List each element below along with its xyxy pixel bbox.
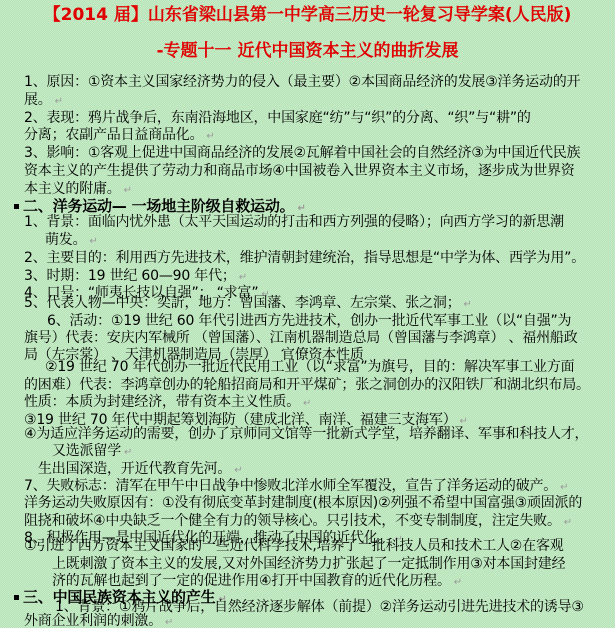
text-line: 的困难）代表：李鸿章创办的轮船招商局和开平煤矿；张之洞创办的汉阳铁厂和湖北织布局… [24, 376, 590, 394]
paragraph-mark-icon: ↵ [464, 299, 472, 310]
bullet-icon [14, 595, 19, 600]
paragraph-mark-icon: ↵ [124, 447, 132, 458]
paragraph-mark-icon: ↵ [234, 465, 242, 476]
text-line: 2、主要目的：利用西方先进技术，维护清朝封建统治，指导思想是“中学为体、西学为用… [24, 249, 585, 267]
text-line: 1、背景：面临内忧外患（太平天国运动的打击和西方列强的侵略）；向西方学习的新思潮 [24, 213, 564, 231]
document-title: 【2014 届】山东省梁山县第一中学高三历史一轮复习导学案(人民版) [0, 4, 615, 26]
text-line: 资本主义的产生提供了劳动力和商品市场④中国被卷入世界资本主义市场，逐步成为世界资 [24, 162, 575, 180]
text-line: ①引进了西方资本主义国家的一些近代科学技术,培养了一批科技人员和技术工人②在客观 [24, 537, 564, 555]
paragraph-mark-icon: ↵ [206, 131, 214, 142]
paragraph-mark-icon: ↵ [454, 577, 462, 588]
text-line: 旗号）代表：安庆内军械所 （曾国藩）、江南机器制造总局（曾国藩与李鸿章） 、福州… [24, 329, 578, 347]
paragraph-mark-icon: ↵ [303, 398, 311, 409]
text-line: 1、原因：①资本主义国家经济势力的侵入（最主要）②本国商品经济的发展③洋务运动的… [24, 73, 580, 91]
paragraph-mark-icon: ↵ [124, 185, 132, 196]
text-line: 又选派留学↵ [52, 442, 132, 462]
document-page: 【2014 届】山东省梁山县第一中学高三历史一轮复习导学案(人民版) -专题十一… [0, 0, 615, 628]
paragraph-mark-icon: ↵ [89, 236, 97, 247]
text-line: 2、表现：鸦片战争后，东南沿海地区，中国家庭“纺”与“织”的分离、“织”与“耕”… [24, 109, 531, 127]
text-line: 分离；农副产品日益商品化。↵ [24, 126, 215, 146]
text-line: 萌发。↵ [45, 231, 98, 251]
text-line: 洋务运动失败原因有：①没有彻底变革封建制度(根本原因)②列强不希望中国富强③顽固… [24, 494, 582, 512]
text-line: 上既刺激了资本主义的发展,又对外国经济势力扩张起了一定抵制作用③对本国封建经 [52, 555, 565, 573]
text-line: 5、代表人物—中央：奕訢，地方：曾国藩、李鸿章、左宗棠、张之洞；↵ [24, 294, 472, 314]
text-line: 外商企业利润的刺激。↵ [24, 612, 173, 628]
paragraph-mark-icon: ↵ [564, 517, 572, 528]
text-line: 性质：本质为封建经济，带有资本主义性质。↵ [24, 393, 311, 413]
text-line: ②19 世纪 70 年代创办一批近代民用工业（以“求富”为旗号，目的：解决军事工… [45, 358, 574, 376]
text-line: 6、活动：①19 世纪 60 年代引进西方先进技术，创办一批近代军事工业（以“自… [47, 312, 571, 330]
document-subtitle: -专题十一 近代中国资本主义的曲折发展 [0, 40, 615, 62]
text-line: ④为适应洋务运动的需要，创办了京师同文馆等一批新式学堂，培养翻译、军事和科技人才… [24, 425, 588, 443]
bullet-icon [14, 204, 19, 209]
paragraph-mark-icon: ↵ [239, 272, 247, 283]
text-line: 展。↵ [24, 91, 63, 111]
paragraph-mark-icon: ↵ [165, 617, 173, 628]
paragraph-mark-icon: ↵ [55, 96, 63, 107]
paragraph-mark-icon: ↵ [560, 482, 568, 493]
text-line: 3、影响：①客观上促进中国商品经济的发展②瓦解着中国社会的自然经济③为中国近代民… [24, 144, 580, 162]
